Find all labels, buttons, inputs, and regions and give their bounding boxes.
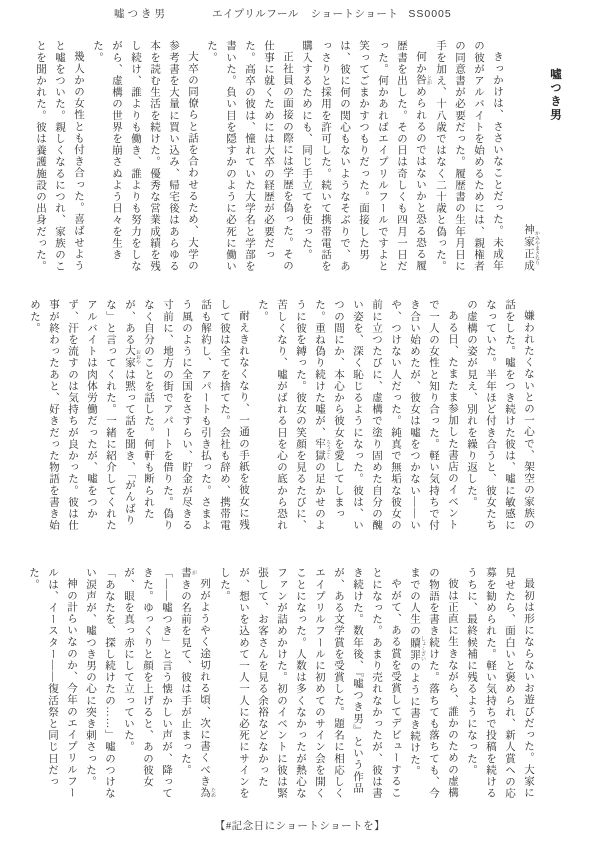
paragraph: 最初は形にならないお遊びだった。大家に見せたら、面白いと褒められ、新人賞への応募…: [462, 567, 538, 799]
paragraph: 正社員の面接の際には学歴を偽った。その仕事に就くためには大卒の経歴が必要だった。…: [202, 40, 297, 272]
ruby-annotation: 牢獄ろうごく: [314, 438, 325, 461]
ruby-annotation: 為ため: [199, 787, 210, 799]
footer-hashtag: 【#記念日にショートショートを】: [0, 818, 600, 833]
ruby-annotation: 書が: [180, 567, 191, 579]
paragraph: きっかけは、ささいなことだった。未成年の彼がアルバイトを始めるためには、親権者の…: [431, 40, 507, 272]
paragraph: 何か咎とがめられるのではないかと恐る恐る履歴書を出した。その日は奇しくも四月一日…: [297, 40, 431, 272]
paragraph: 大卒の同僚らと話を合わせるため、大学の参考書を大量に買い込み、帰宅後はあらゆる本…: [88, 40, 202, 272]
paragraph: 神の計らいなのか、今年のエイプリルフールは、イースター――復活祭と同じ日だった。: [24, 567, 81, 799]
paragraph: 「あなたを、探し続けたの……」噓のつけない涙声が、噓つき男の心に突き刺さった。: [81, 567, 119, 799]
header-story-title: 噓つき男: [114, 6, 168, 21]
text-band-middle: 嫌われたくないとの一心で、架空の家族の話をした。噓をつき続けた彼は、噓に敏感にな…: [25, 299, 538, 531]
paragraph: やがて、ある賞を受賞してデビューすることになった。あまり売れなかったが、彼は書き…: [215, 567, 405, 799]
author-name: 神家正成かみやまさなり: [519, 40, 539, 272]
paragraph: 彼は正直に生きながら、誰かのための虚構の物語を書き続けた。落ちても落ちても、今ま…: [405, 567, 462, 799]
paragraph: ある日、たまたま参加した書店のイベントで一人の女性と知り合った。軽い気持ちで付き…: [253, 299, 462, 531]
header-series-label: ショートショート: [311, 6, 399, 21]
ruby-annotation: 贖罪しょくざい: [409, 637, 420, 661]
paragraph: 耐えきれなくなり、一通の手紙を彼女に残して彼は全てを捨てた。会社も辞め、携帯電話…: [25, 299, 253, 531]
paragraph: 嫌われたくないとの一心で、架空の家族の話をした。噓をつき続けた彼は、噓に敏感にな…: [462, 299, 538, 531]
ruby-annotation: 咎とが: [415, 74, 426, 86]
header-event-label: エイプリルフール: [212, 6, 299, 21]
paragraph: 「――噓つき」と言う懐かしい声が、降ってきた。ゆっくりと顔を上げると、あの彼女が…: [119, 567, 176, 799]
text-band-top: 噓つき男 神家正成かみやまさなり きっかけは、ささいなことだった。未成年の彼がア…: [31, 40, 564, 272]
running-header: 噓つき男 エイプリルフール ショートショート SS0005: [114, 6, 452, 21]
paragraph: 列がようやく途切れる頃、次に書くべき為ため書がきの名前を見て、彼は手が止まった。: [176, 567, 215, 799]
ruby-annotation: 大家おおや: [124, 345, 135, 368]
paragraph: 幾人かの女性とも付き合った。喜ばせようと噓をついた。親しくなるにつれ、家族のこと…: [31, 40, 88, 272]
document-page: 噓つき男 エイプリルフール ショートショート SS0005 噓つき男 神家正成か…: [0, 0, 600, 845]
story-title: 噓つき男: [545, 40, 564, 272]
header-story-code: SS0005: [408, 8, 451, 20]
ruby-annotation: 神家正成かみやまさなり: [523, 224, 534, 272]
text-band-bottom: 最初は形にならないお遊びだった。大家に見せたら、面白いと褒められ、新人賞への応募…: [24, 567, 538, 799]
